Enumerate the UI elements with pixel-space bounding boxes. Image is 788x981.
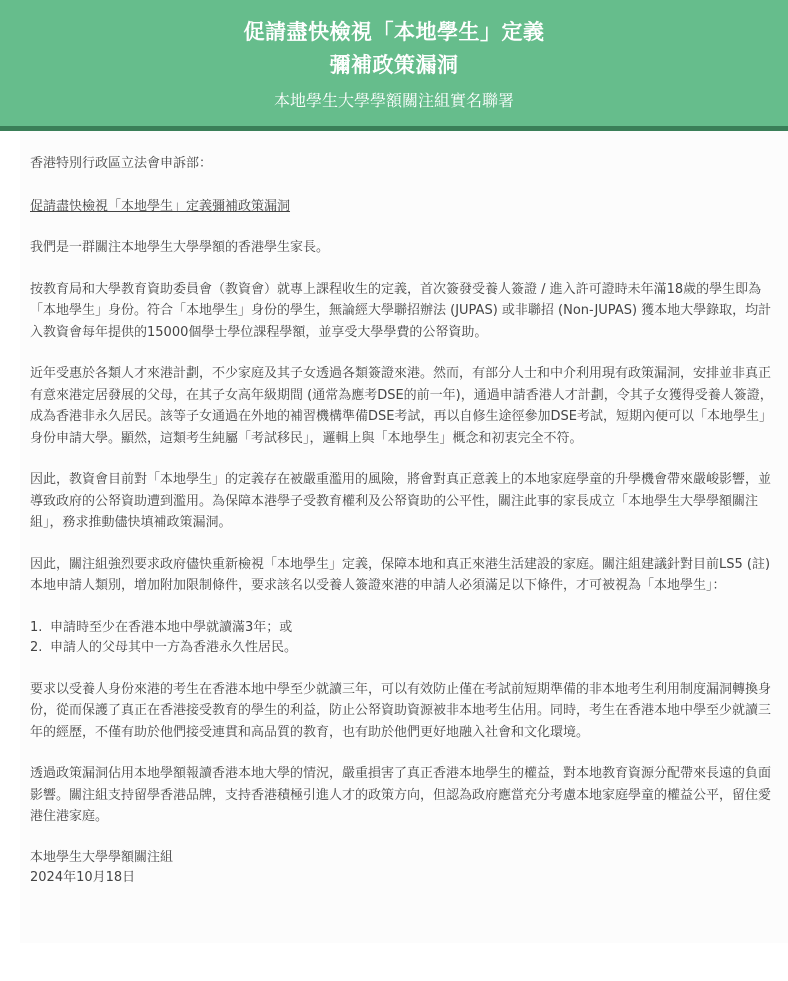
conditions-list: 1. 申請時至少在香港本地中學就讀滿3年；或 2. 申請人的父母其中一方為香港永…	[30, 618, 778, 658]
paragraph-request: 因此，關注組強烈要求政府儘快重新檢視「本地學生」定義，保障本地和真正來港生活建設…	[30, 554, 778, 597]
condition-number: 2.	[30, 638, 50, 658]
signature-block: 本地學生大學學額關注組 2024年10月18日	[30, 848, 778, 888]
condition-item: 1. 申請時至少在香港本地中學就讀滿3年；或	[30, 618, 778, 638]
paragraph-definition: 按教育局和大學教育資助委員會（教資會）就專上課程收生的定義，首次簽發受養人簽證 …	[30, 279, 778, 344]
signature-date: 2024年10月18日	[30, 868, 778, 888]
paragraph-risk: 因此，教資會目前對「本地學生」的定義存在被嚴重濫用的風險，將會對真正意義上的本地…	[30, 469, 778, 534]
condition-item: 2. 申請人的父母其中一方為香港永久性居民。	[30, 638, 778, 658]
signature-organization: 本地學生大學學額關注組	[30, 848, 778, 868]
paragraph-rationale: 要求以受養人身份來港的考生在香港本地中學至少就讀三年，可以有效防止僅在考試前短期…	[30, 679, 778, 744]
letter-salutation: 香港特別行政區立法會申訴部：	[30, 153, 778, 175]
paragraph-loophole: 近年受惠於各類人才來港計劃，不少家庭及其子女透過各類簽證來港。然而，有部分人士和…	[30, 363, 778, 449]
condition-text: 申請時至少在香港本地中學就讀滿3年；或	[50, 618, 292, 638]
paragraph-conclusion: 透過政策漏洞佔用本地學額報讀香港本地大學的情況，嚴重損害了真正香港本地學生的權益…	[30, 763, 778, 828]
page-subtitle: 本地學生大學學額關注組實名聯署	[0, 90, 788, 112]
letter-subject: 促請盡快檢視「本地學生」定義彌補政策漏洞	[30, 196, 778, 218]
condition-text: 申請人的父母其中一方為香港永久性居民。	[50, 638, 297, 658]
paragraph-intro: 我們是一群關注本地學生大學學額的香港學生家長。	[30, 237, 778, 259]
page-header: 促請盡快檢視「本地學生」定義 彌補政策漏洞 本地學生大學學額關注組實名聯署	[0, 0, 788, 131]
letter-body: 香港特別行政區立法會申訴部： 促請盡快檢視「本地學生」定義彌補政策漏洞 我們是一…	[20, 131, 788, 943]
page-title-line2: 彌補政策漏洞	[0, 50, 788, 80]
condition-number: 1.	[30, 618, 50, 638]
page-title-line1: 促請盡快檢視「本地學生」定義	[0, 0, 788, 47]
